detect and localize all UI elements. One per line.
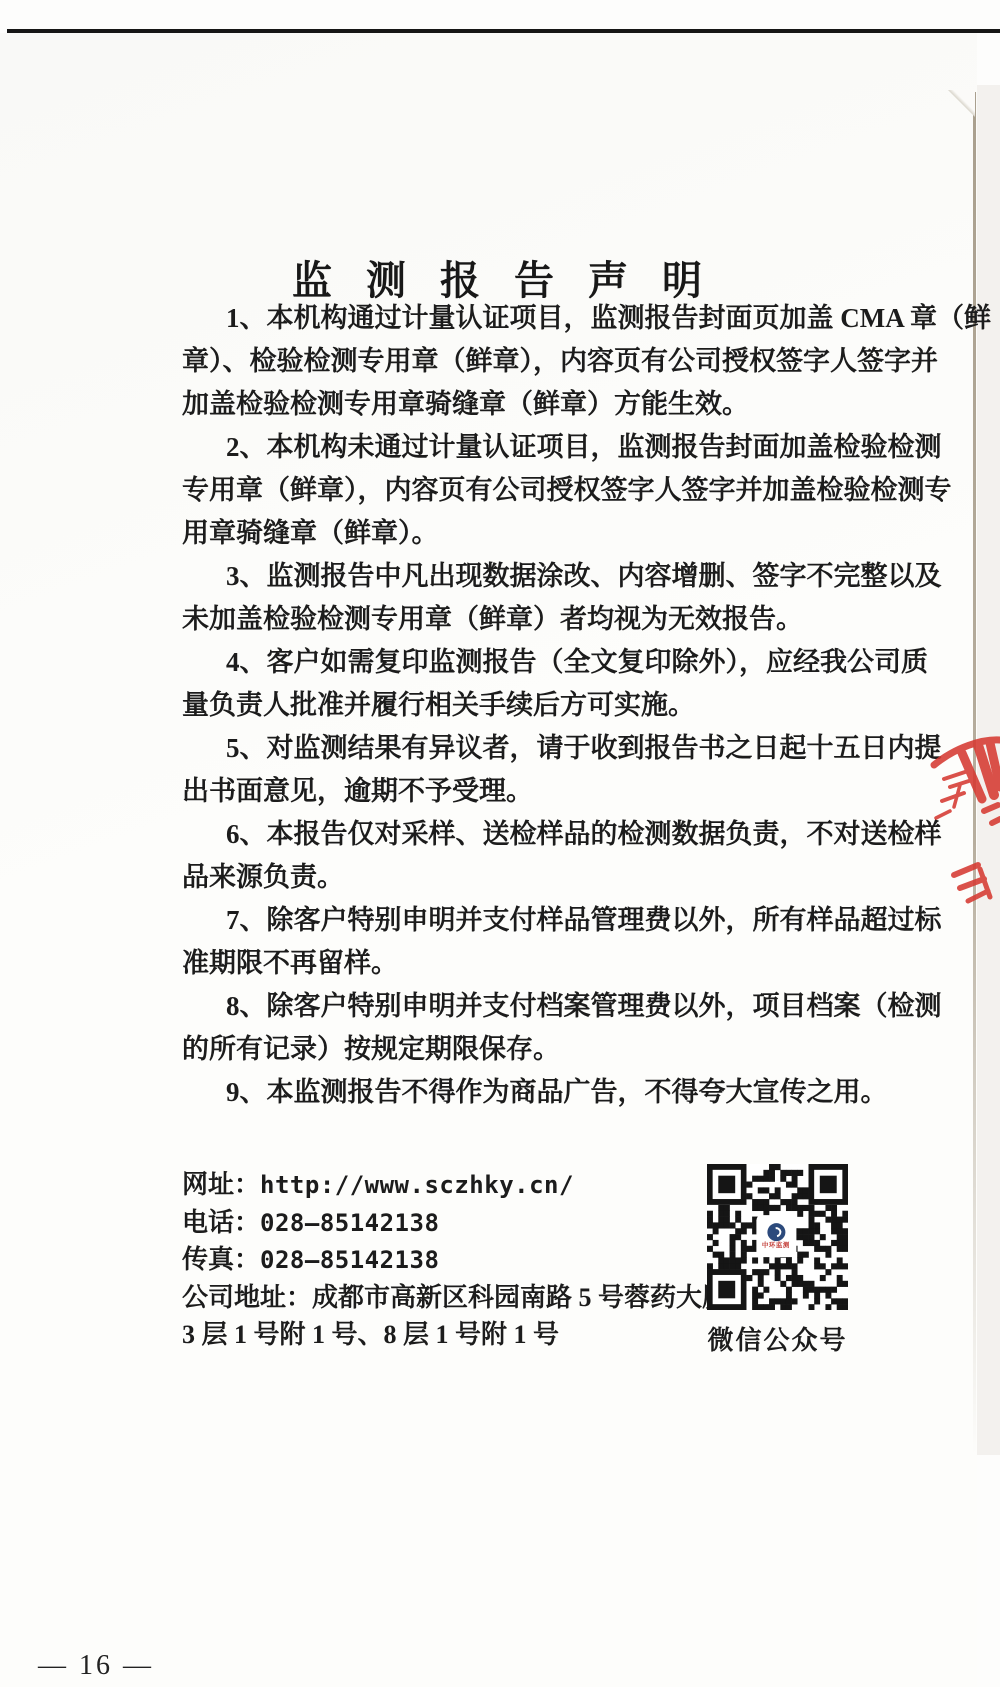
- declaration-line: 3、监测报告中凡出现数据涂改、内容增删、签字不完整以及: [182, 555, 882, 598]
- declaration-paragraph: 6、本报告仅对采样、送检样品的检测数据负责，不对送检样 品来源负责。: [182, 813, 882, 899]
- qr-center-logo: 中环监测: [756, 1215, 796, 1257]
- declaration-paragraph: 1、本机构通过计量认证项目，监测报告封面页加盖 CMA 章（鲜 章）、检验检测专…: [182, 297, 882, 426]
- declaration-line: 准期限不再留样。: [182, 942, 882, 985]
- declaration-line: 5、对监测结果有异议者，请于收到报告书之日起十五日内提: [182, 727, 882, 770]
- declaration-line: 1、本机构通过计量认证项目，监测报告封面页加盖 CMA 章（鲜: [182, 297, 882, 340]
- declaration-paragraph: 7、除客户特别申明并支付样品管理费以外，所有样品超过标 准期限不再留样。: [182, 899, 882, 985]
- website-row: 网址：http://www.sczhky.cn/: [182, 1166, 742, 1204]
- website-value: http://www.sczhky.cn/: [260, 1171, 574, 1199]
- phone-label: 电话：: [182, 1208, 260, 1237]
- phone-row: 电话：028—85142138: [182, 1204, 742, 1242]
- address-line2: 3 层 1 号附 1 号、8 层 1 号附 1 号: [182, 1320, 559, 1349]
- qr-caption: 微信公众号: [700, 1322, 855, 1359]
- paper-underlay: [977, 85, 1000, 1455]
- declaration-line: 7、除客户特别申明并支付样品管理费以外，所有样品超过标: [182, 899, 882, 942]
- scanned-report-page: 监测报告声明 1、本机构通过计量认证项目，监测报告封面页加盖 CMA 章（鲜 章…: [0, 0, 1000, 1687]
- declaration-line: 4、客户如需复印监测报告（全文复印除外），应经我公司质: [182, 641, 882, 684]
- declaration-body: 1、本机构通过计量认证项目，监测报告封面页加盖 CMA 章（鲜 章）、检验检测专…: [182, 297, 882, 1114]
- declaration-paragraph: 5、对监测结果有异议者，请于收到报告书之日起十五日内提 出书面意见，逾期不予受理…: [182, 727, 882, 813]
- paper-right-edge: [973, 92, 976, 1454]
- declaration-line: 品来源负责。: [182, 856, 882, 899]
- declaration-paragraph: 9、本监测报告不得作为商品广告，不得夸大宣传之用。: [182, 1071, 882, 1114]
- declaration-line: 未加盖检验检测专用章（鲜章）者均视为无效报告。: [182, 598, 882, 641]
- company-logo-icon: [767, 1223, 785, 1241]
- phone-value: 028—85142138: [260, 1209, 439, 1237]
- address-row-2: 3 层 1 号附 1 号、8 层 1 号附 1 号: [182, 1316, 742, 1354]
- declaration-line: 的所有记录）按规定期限保存。: [182, 1028, 882, 1071]
- declaration-line: 专用章（鲜章），内容页有公司授权签字人签字并加盖检验检测专: [182, 469, 882, 512]
- declaration-line: 2、本机构未通过计量认证项目，监测报告封面加盖检验检测: [182, 426, 882, 469]
- qr-center-logo-text: 中环监测: [762, 1242, 790, 1249]
- address-row: 公司地址：成都市高新区科园南路 5 号蓉药大厦: [182, 1279, 742, 1317]
- declaration-line: 量负责人批准并履行相关手续后方可实施。: [182, 684, 882, 727]
- declaration-line: 章）、检验检测专用章（鲜章），内容页有公司授权签字人签字并: [182, 340, 882, 383]
- declaration-line: 6、本报告仅对采样、送检样品的检测数据负责，不对送检样: [182, 813, 882, 856]
- address-line1: 成都市高新区科园南路 5 号蓉药大厦: [312, 1283, 728, 1312]
- page-title: 监测报告声明: [165, 249, 863, 297]
- declaration-line: 用章骑缝章（鲜章）。: [182, 512, 882, 555]
- declaration-line: 8、除客户特别申明并支付档案管理费以外，项目档案（检测: [182, 985, 882, 1028]
- website-label: 网址：: [182, 1170, 260, 1199]
- contact-block: 网址：http://www.sczhky.cn/ 电话：028—85142138…: [182, 1166, 742, 1354]
- declaration-line: 加盖检验检测专用章骑缝章（鲜章）方能生效。: [182, 383, 882, 426]
- page-number: — 16 —: [38, 1646, 154, 1686]
- address-label: 公司地址：: [182, 1283, 312, 1312]
- wechat-qr-code: 中环监测: [707, 1164, 848, 1310]
- declaration-paragraph: 2、本机构未通过计量认证项目，监测报告封面加盖检验检测 专用章（鲜章），内容页有…: [182, 426, 882, 555]
- declaration-line: 出书面意见，逾期不予受理。: [182, 770, 882, 813]
- declaration-paragraph: 3、监测报告中凡出现数据涂改、内容增删、签字不完整以及 未加盖检验检测专用章（鲜…: [182, 555, 882, 641]
- declaration-paragraph: 8、除客户特别申明并支付档案管理费以外，项目档案（检测 的所有记录）按规定期限保…: [182, 985, 882, 1071]
- declaration-line: 9、本监测报告不得作为商品广告，不得夸大宣传之用。: [182, 1071, 882, 1114]
- fax-label: 传真：: [182, 1245, 260, 1274]
- fax-row: 传真：028—85142138: [182, 1241, 742, 1279]
- declaration-paragraph: 4、客户如需复印监测报告（全文复印除外），应经我公司质 量负责人批准并履行相关手…: [182, 641, 882, 727]
- fax-value: 028—85142138: [260, 1246, 439, 1274]
